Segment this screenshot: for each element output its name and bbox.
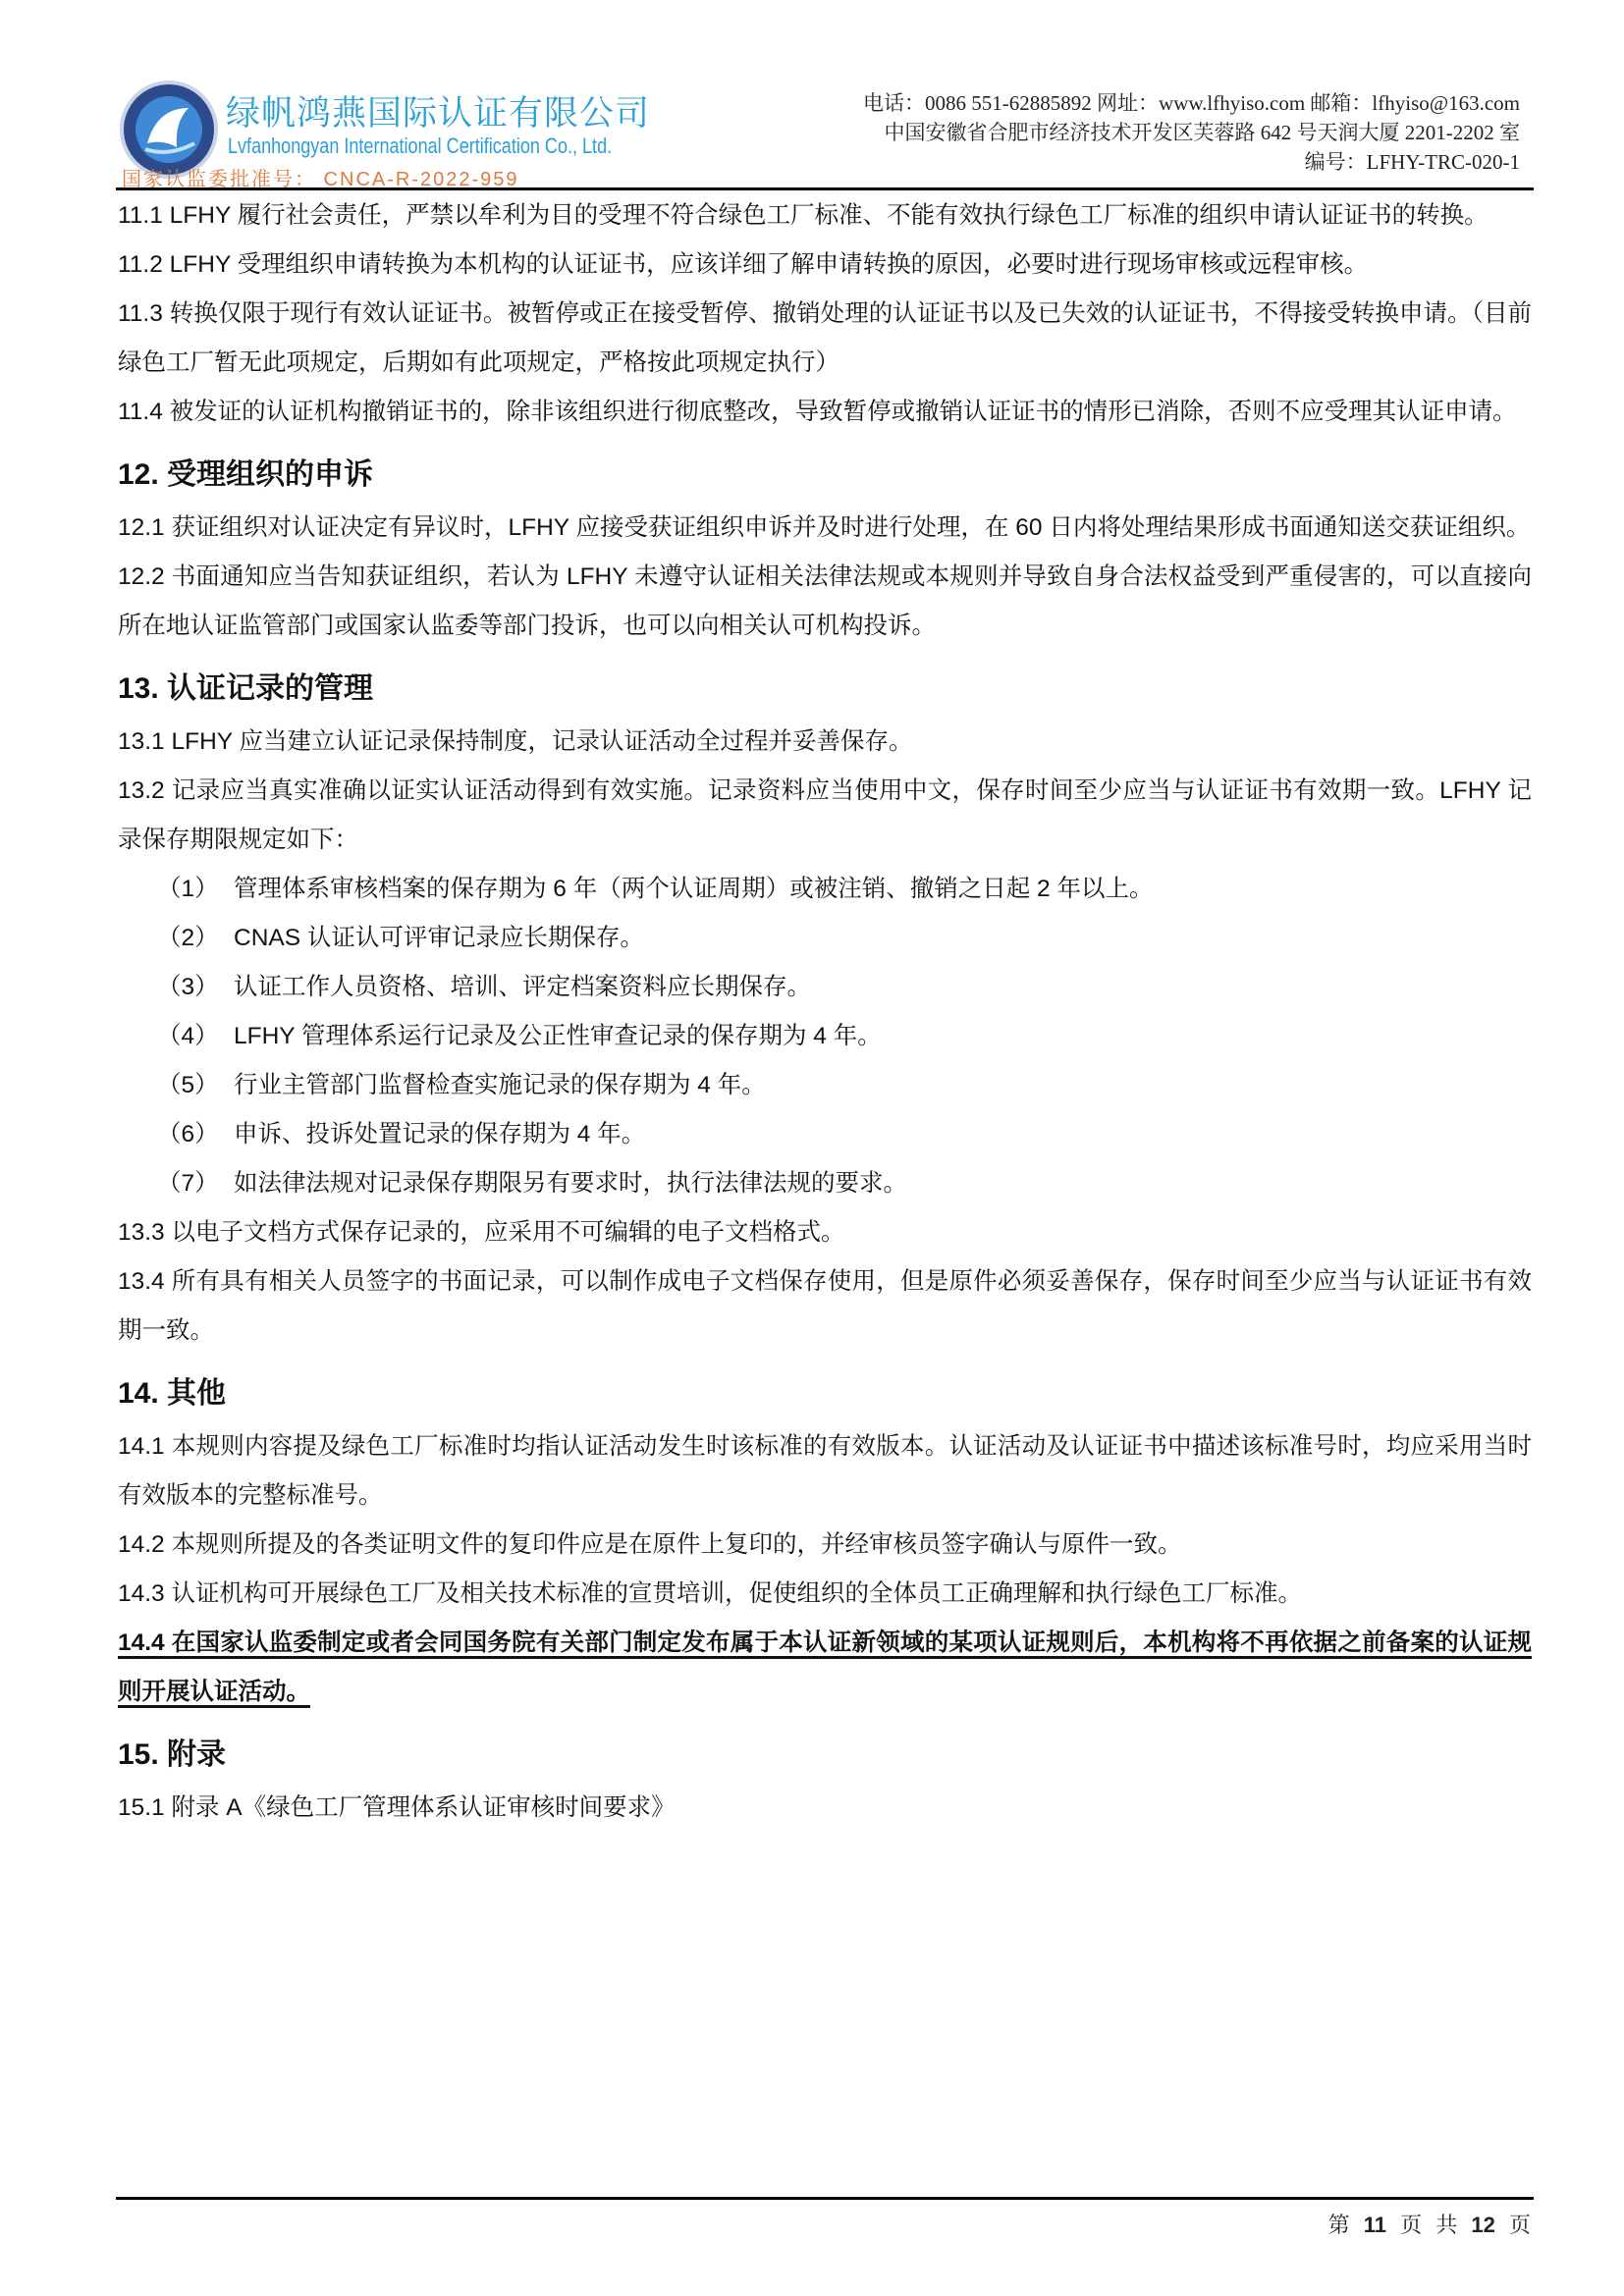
retention-item: （5）行业主管部门监督检查实施记录的保存期为 4 年。	[118, 1061, 1532, 1110]
clause-13-4: 13.4 所有具有相关人员签字的书面记录，可以制作成电子文档保存使用，但是原件必…	[118, 1257, 1532, 1356]
clause-15-1: 15.1 附录 A《绿色工厂管理体系认证审核时间要求》	[118, 1784, 1532, 1833]
retention-item: （3）认证工作人员资格、培训、评定档案资料应长期保存。	[118, 963, 1532, 1012]
total-pages: 12	[1471, 2213, 1494, 2237]
page-number: 第 11 页 共 12 页	[1328, 2209, 1531, 2239]
retention-item: （2）CNAS 认证认可评审记录应长期保存。	[118, 914, 1532, 963]
section-14-heading: 14. 其他	[118, 1356, 1532, 1422]
clause-13-3: 13.3 以电子文档方式保存记录的，应采用不可编辑的电子文档格式。	[118, 1208, 1532, 1257]
retention-item: （1）管理体系审核档案的保存期为 6 年（两个认证周期）或被注销、撤销之日起 2…	[118, 865, 1532, 914]
document-body: 11.1 LFHY 履行社会责任，严禁以牟利为目的受理不符合绿色工厂标准、不能有…	[118, 191, 1532, 1833]
company-name-cn: 绿帆鸿燕国际认证有限公司	[226, 86, 650, 135]
retention-item: （4）LFHY 管理体系运行记录及公正性审查记录的保存期为 4 年。	[118, 1012, 1532, 1061]
clause-11-4: 11.4 被发证的认证机构撤销证书的，除非该组织进行彻底整改，导致暂停或撤销认证…	[118, 388, 1532, 437]
clause-14-1: 14.1 本规则内容提及绿色工厂标准时均指认证活动发生时该标准的有效版本。认证活…	[118, 1422, 1532, 1521]
page-header: 绿帆鸿燕国际认证有限公司 Lvfanhongyan International …	[118, 69, 1532, 187]
clause-13-2: 13.2 记录应当真实准确以证实认证活动得到有效实施。记录资料应当使用中文，保存…	[118, 767, 1532, 865]
clause-11-2: 11.2 LFHY 受理组织申请转换为本机构的认证证书，应该详细了解申请转换的原…	[118, 240, 1532, 290]
document-number: 编号：LFHY-TRC-020-1	[863, 147, 1520, 177]
address-line: 中国安徽省合肥市经济技术开发区芙蓉路 642 号天润大厦 2201-2202 室	[863, 118, 1520, 147]
section-13-heading: 13. 认证记录的管理	[118, 651, 1532, 718]
retention-item: （6）申诉、投诉处置记录的保存期为 4 年。	[118, 1110, 1532, 1159]
contact-block: 电话：0086 551-62885892 网址：www.lfhyiso.com …	[863, 88, 1520, 177]
clause-12-1: 12.1 获证组织对认证决定有异议时，LFHY 应接受获证组织申诉并及时进行处理…	[118, 504, 1532, 553]
clause-11-1: 11.1 LFHY 履行社会责任，严禁以牟利为目的受理不符合绿色工厂标准、不能有…	[118, 191, 1532, 240]
contact-line: 电话：0086 551-62885892 网址：www.lfhyiso.com …	[863, 88, 1520, 118]
clause-13-1: 13.1 LFHY 应当建立认证记录保持制度，记录认证活动全过程并妥善保存。	[118, 718, 1532, 767]
footer-divider	[116, 2197, 1534, 2200]
clause-12-2: 12.2 书面通知应当告知获证组织，若认为 LFHY 未遵守认证相关法律法规或本…	[118, 553, 1532, 651]
current-page: 11	[1364, 2213, 1386, 2237]
section-15-heading: 15. 附录	[118, 1717, 1532, 1784]
clause-11-3: 11.3 转换仅限于现行有效认证证书。被暂停或正在接受暂停、撤销处理的认证证书以…	[118, 290, 1532, 388]
section-12-heading: 12. 受理组织的申诉	[118, 437, 1532, 504]
header-divider	[116, 187, 1534, 190]
company-name-en: Lvfanhongyan International Certification…	[228, 133, 612, 159]
clause-14-2: 14.2 本规则所提及的各类证明文件的复印件应是在原件上复印的，并经审核员签字确…	[118, 1521, 1532, 1570]
clause-14-4: 14.4 在国家认监委制定或者会同国务院有关部门制定发布属于本认证新领域的某项认…	[118, 1619, 1532, 1717]
clause-14-3: 14.3 认证机构可开展绿色工厂及相关技术标准的宣贯培训，促使组织的全体员工正确…	[118, 1570, 1532, 1619]
retention-item: （7）如法律法规对记录保存期限另有要求时，执行法律法规的要求。	[118, 1159, 1532, 1208]
